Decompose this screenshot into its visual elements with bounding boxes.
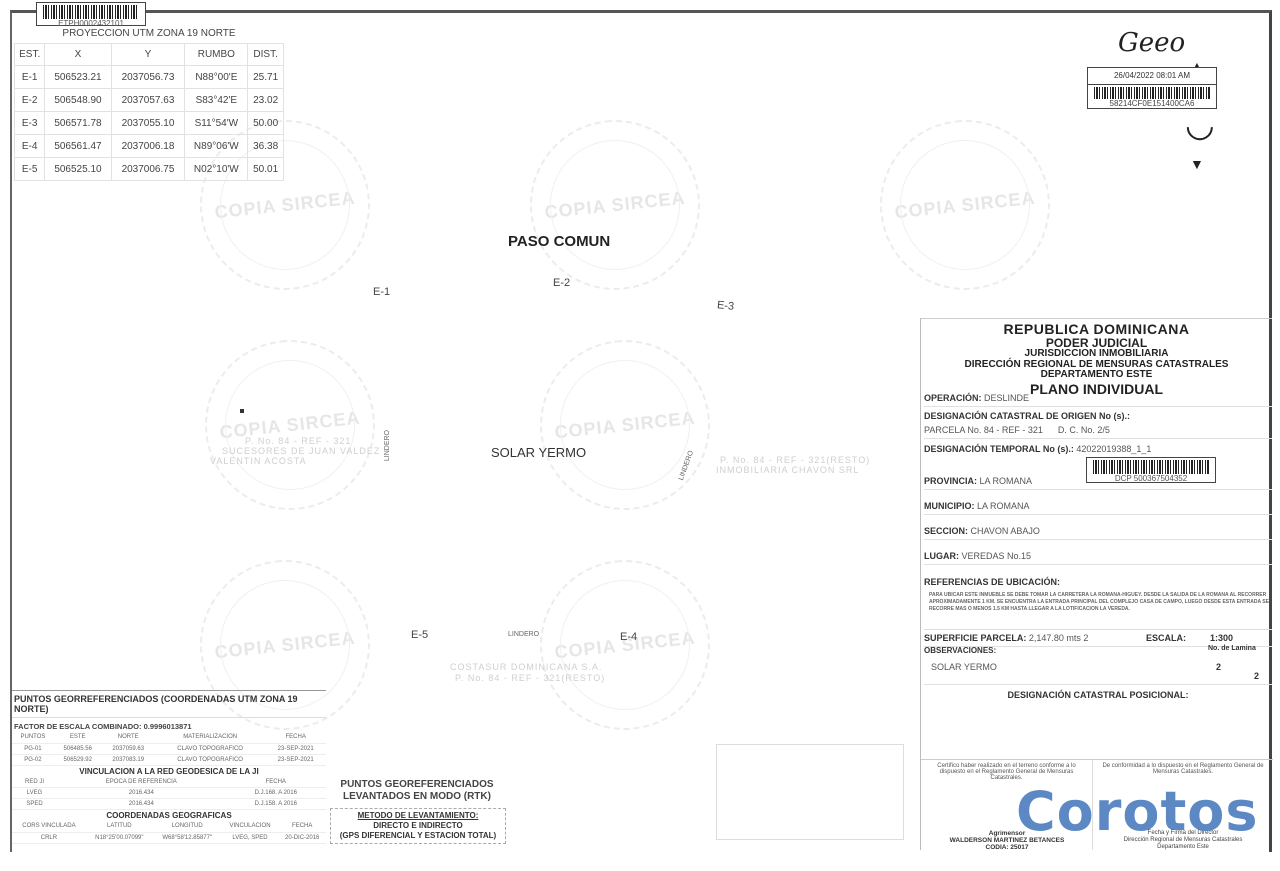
geo-point-row: PG-02506529.922037083.19CLAVO TOPOGRAFIC… bbox=[12, 754, 326, 765]
station-e5: E-5 bbox=[411, 629, 428, 641]
barcode-bars-icon bbox=[1094, 87, 1210, 99]
referencias-text: PARA UBICAR ESTE INMUEBLE SE DEBE TOMAR … bbox=[929, 592, 1269, 613]
title-block-header: REPUBLICA DOMINICANA PODER JUDICIAL JURI… bbox=[921, 319, 1272, 396]
coordinate-row: E-2506548.902037057.63S83°42'E23.02 bbox=[15, 89, 284, 112]
operacion-row: OPERACIÓN: DESLINDE bbox=[924, 393, 1272, 407]
timestamp-stamp: 26/04/2022 08:01 AM 58214CF0E151400CA6 bbox=[1087, 67, 1217, 109]
corotos-watermark: Corotos bbox=[1016, 780, 1259, 843]
signature: Geeo bbox=[1118, 28, 1185, 58]
geo-coord-row: CRLRN18°25'00.07099"W68°58'12.85877"LVEG… bbox=[12, 832, 326, 843]
lamina-total: 2 bbox=[924, 671, 1272, 685]
barcode-bars-icon bbox=[43, 5, 139, 19]
observaciones-row: OBSERVACIONES: No. de Lamina bbox=[924, 645, 1272, 658]
municipio-row: MUNICIPIO: LA ROMANA bbox=[924, 501, 1272, 515]
neighbor-south-line: P. No. 84 - REF - 321(RESTO) bbox=[455, 673, 605, 683]
parcel-label: SOLAR YERMO bbox=[491, 445, 586, 460]
barcode-bars-icon bbox=[1093, 460, 1209, 474]
marker-dot bbox=[240, 409, 244, 413]
station-e2: E-2 bbox=[553, 277, 570, 289]
lindero-west: LINDERO bbox=[384, 430, 391, 461]
rtk-note: PUNTOS GEOREFERENCIADOS LEVANTADOS EN MO… bbox=[332, 779, 502, 803]
origen-value-row: PARCELA No. 84 - REF - 321 D. C. No. 2/5 bbox=[924, 425, 1272, 439]
posicional-row: DESIGNACIÓN CATASTRAL POSICIONAL: bbox=[924, 690, 1272, 703]
compass-circle-icon: ◡ bbox=[1185, 108, 1215, 142]
empty-box bbox=[716, 744, 904, 840]
south-arrow-icon: ▼ bbox=[1190, 156, 1204, 172]
paso-comun-label: PASO COMUN bbox=[508, 233, 610, 250]
coordinate-row: E-5506525.102037006.75N02°10'W50.01 bbox=[15, 158, 284, 181]
neighbor-west-line: P. No. 84 - REF - 321 bbox=[245, 436, 351, 446]
seccion-row: SECCION: CHAVON ABAJO bbox=[924, 526, 1272, 540]
geo-coord-row: CORS VINCULADALATITUDLONGITUDVINCULACION… bbox=[12, 821, 326, 832]
geo-points-table: PUNTOSESTENORTEMATERIALIZACIONFECHAPG-01… bbox=[12, 732, 326, 766]
title-block: REPUBLICA DOMINICANA PODER JUDICIAL JURI… bbox=[920, 318, 1272, 850]
lindero-south: LINDERO bbox=[508, 631, 539, 638]
station-e3: E-3 bbox=[716, 299, 734, 313]
geographic-coords-table: CORS VINCULADALATITUDLONGITUDVINCULACION… bbox=[12, 821, 326, 844]
temporal-row: DESIGNACIÓN TEMPORAL No (s).: 4202201938… bbox=[924, 444, 1272, 457]
referencias-row: REFERENCIAS DE UBICACIÓN: bbox=[924, 577, 1272, 590]
coordinate-row: E-4506561.472037006.18N89°06'W36.38 bbox=[15, 135, 284, 158]
timestamp-date: 26/04/2022 08:01 AM bbox=[1088, 68, 1216, 85]
geo-point-row: PG-01506485.562037059.63CLAVO TOPOGRAFIC… bbox=[12, 743, 326, 754]
coordinate-row: E-3506571.782037055.10S11°54'W50.00 bbox=[15, 112, 284, 135]
neighbor-east-line: P. No. 84 - REF - 321(RESTO) bbox=[720, 455, 870, 465]
coordinates-table: PROYECCION UTM ZONA 19 NORTE EST. X Y RU… bbox=[14, 24, 284, 181]
neighbor-south-line: COSTASUR DOMINICANA S.A. bbox=[450, 662, 602, 672]
coordinates-table-title: PROYECCION UTM ZONA 19 NORTE bbox=[14, 24, 284, 43]
georeferenced-points-block: PUNTOS GEORREFERENCIADOS (COORDENADAS UT… bbox=[12, 690, 326, 844]
vinculacion-row: LVEG2016.434D.J.168. A 2016 bbox=[12, 788, 326, 799]
geo-point-row: PUNTOSESTENORTEMATERIALIZACIONFECHA bbox=[12, 732, 326, 743]
barcode-top-left: ETPH0002432101 bbox=[36, 2, 146, 26]
scale-factor: FACTOR DE ESCALA COMBINADO: 0.9996013871 bbox=[12, 718, 326, 732]
vinculacion-row: RED JIEPOCA DE REFERENCIAFECHA bbox=[12, 777, 326, 788]
neighbor-west-line: VALENTIN ACOSTA bbox=[210, 456, 307, 466]
lugar-row: LUGAR: VEREDAS No.15 bbox=[924, 551, 1272, 565]
coordinate-row: E-1506523.212037056.73N88°00'E25.71 bbox=[15, 66, 284, 89]
neighbor-east-line: INMOBILIARIA CHAVON SRL bbox=[716, 465, 859, 475]
provincia-row: PROVINCIA: LA ROMANA bbox=[924, 476, 1272, 490]
vinculacion-row: SPED2016.434D.J.158. A 2016 bbox=[12, 799, 326, 810]
station-e1: E-1 bbox=[373, 286, 390, 298]
origen-label-row: DESIGNACIÓN CATASTRAL DE ORIGEN No (s).: bbox=[924, 411, 1272, 424]
station-e4: E-4 bbox=[620, 631, 637, 643]
survey-method: METODO DE LEVANTAMIENTO: DIRECTO E INDIR… bbox=[330, 808, 506, 844]
neighbor-west-line: SUCESORES DE JUAN VALDEZ bbox=[222, 446, 380, 456]
vinculacion-table: RED JIEPOCA DE REFERENCIAFECHALVEG2016.4… bbox=[12, 777, 326, 811]
